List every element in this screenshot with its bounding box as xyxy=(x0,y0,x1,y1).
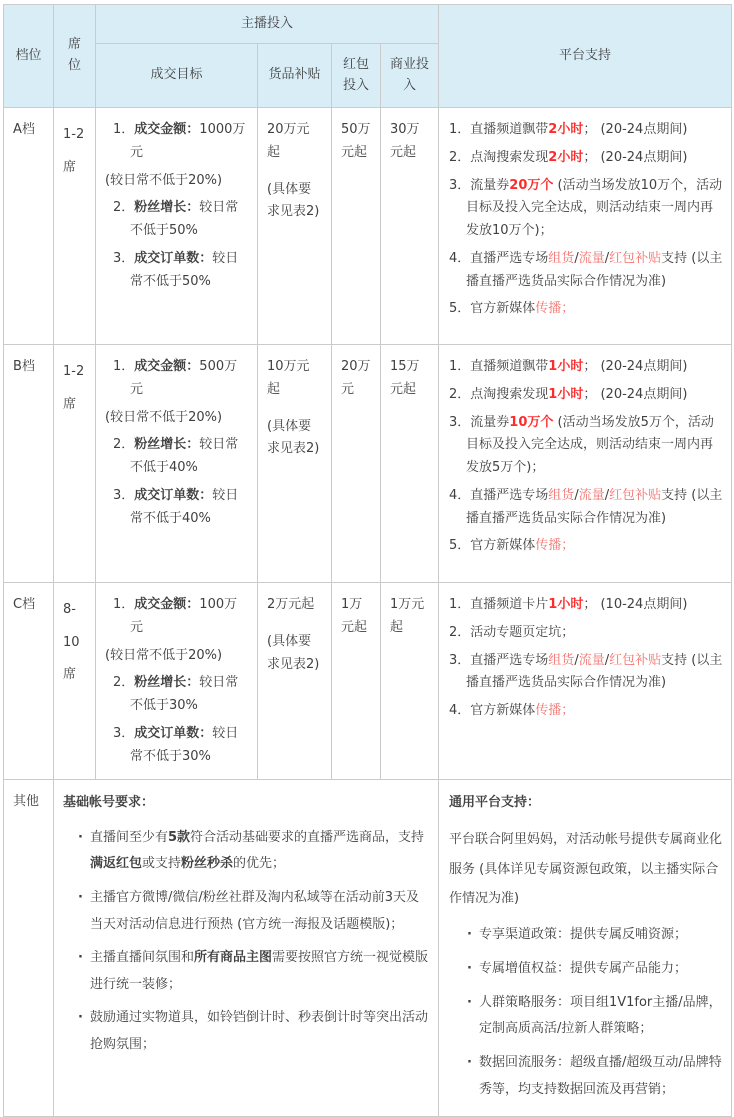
platform-item: 4．直播严选专场组货/流量/红包补贴支持 (以主播直播严选货品实际合作情况为准) xyxy=(449,248,723,294)
other-label: 其他 xyxy=(4,780,54,1117)
account-requirements-heading: 基础帐号要求： xyxy=(63,791,429,814)
platform-item: 1．直播频道飘带1小时； (20-24点期间) xyxy=(449,356,723,379)
tier-policy-table: 档位 席位 主播投入 平台支持 成交目标 货品补贴 红包投入 商业投入 A档 1… xyxy=(3,4,732,1117)
tier-a-label: A档 xyxy=(4,108,54,345)
platform-item: 3．直播严选专场组货/流量/红包补贴支持 (以主播直播严选货品实际合作情况为准) xyxy=(449,650,723,696)
tier-b-platform-support-cell: 1．直播频道飘带1小时； (20-24点期间) 2．点淘搜索发现1小时； (20… xyxy=(439,345,732,583)
platform-item: 2．活动专题页定坑； xyxy=(449,622,723,645)
tier-a-commercial-cell: 30万元起 xyxy=(381,108,439,345)
tier-b-commercial-cell: 15万元起 xyxy=(381,345,439,583)
general-support-heading: 通用平台支持： xyxy=(449,791,723,814)
col-header-platform-support: 平台支持 xyxy=(439,5,732,108)
platform-item: 4．直播严选专场组货/流量/红包补贴支持 (以主播直播严选货品实际合作情况为准) xyxy=(449,485,723,531)
target-item: 2．粉丝增长：较日常不低于30% xyxy=(113,672,248,718)
table-row-tier-a: A档 1-2席 1．成交金额：1000万元 (较日常不低于20%) 2．粉丝增长… xyxy=(4,108,732,345)
account-requirement-item: 主播官方微博/微信/粉丝社群及淘内私域等在活动前3天及当天对活动信息进行预热 (… xyxy=(78,885,429,938)
account-requirement-item: 鼓励通过实物道具，如铃铛倒计时、秒表倒计时等突出活动抢购氛围； xyxy=(78,1005,429,1058)
target-item: 2．粉丝增长：较日常不低于50% xyxy=(113,197,248,243)
goods-subsidy-value: 20万元起 xyxy=(267,119,322,165)
platform-item: 3．流量券20万个 (活动当场发放10万个，活动目标及投入完全达成，则活动结束一… xyxy=(449,175,723,243)
tier-policy-page: 档位 席位 主播投入 平台支持 成交目标 货品补贴 红包投入 商业投入 A档 1… xyxy=(0,0,734,1117)
tier-c-target-cell: 1．成交金额：100万元 (较日常不低于20%) 2．粉丝增长：较日常不低于30… xyxy=(96,583,258,780)
col-header-tier: 档位 xyxy=(4,5,54,108)
account-requirement-item: 主播直播间氛围和所有商品主图需要按照官方统一视觉模版进行统一装修； xyxy=(78,945,429,998)
tier-c-goods-subsidy-cell: 2万元起 (具体要求见表2) xyxy=(258,583,332,780)
tier-c-commercial-cell: 1万元起 xyxy=(381,583,439,780)
table-body: A档 1-2席 1．成交金额：1000万元 (较日常不低于20%) 2．粉丝增长… xyxy=(4,108,732,1117)
goods-subsidy-note: (具体要求见表2) xyxy=(267,631,322,677)
platform-item: 5．官方新媒体传播； xyxy=(449,535,723,558)
goods-subsidy-note: (具体要求见表2) xyxy=(267,179,322,225)
target-note: (较日常不低于20%) xyxy=(105,170,248,193)
tier-b-red-packet-cell: 20万元 xyxy=(332,345,381,583)
platform-item: 3．流量券10万个 (活动当场发放5万个，活动目标及投入完全达成，则活动结束一周… xyxy=(449,412,723,480)
col-header-target: 成交目标 xyxy=(96,44,258,108)
col-header-red-packet: 红包投入 xyxy=(332,44,381,108)
tier-c-red-packet-cell: 1万元起 xyxy=(332,583,381,780)
general-support-item: 专属增值权益：提供专属产品能力； xyxy=(467,956,723,983)
other-account-requirements-cell: 基础帐号要求： 直播间至少有5款符合活动基础要求的直播严选商品，支持满返红包或支… xyxy=(54,780,439,1117)
tier-a-goods-subsidy-cell: 20万元起 (具体要求见表2) xyxy=(258,108,332,345)
target-item: 3．成交订单数：较日常不低于50% xyxy=(113,248,248,294)
target-item: 1．成交金额：500万元 xyxy=(113,356,248,402)
platform-item: 4．官方新媒体传播； xyxy=(449,700,723,723)
table-header: 档位 席位 主播投入 平台支持 成交目标 货品补贴 红包投入 商业投入 xyxy=(4,5,732,108)
general-support-item: 专享渠道政策：提供专属反哺资源； xyxy=(467,922,723,949)
tier-a-red-packet-cell: 50万元起 xyxy=(332,108,381,345)
target-note: (较日常不低于20%) xyxy=(105,407,248,430)
goods-subsidy-note: (具体要求见表2) xyxy=(267,416,322,462)
goods-subsidy-value: 10万元起 xyxy=(267,356,322,402)
tier-c-label: C档 xyxy=(4,583,54,780)
tier-a-target-cell: 1．成交金额：1000万元 (较日常不低于20%) 2．粉丝增长：较日常不低于5… xyxy=(96,108,258,345)
platform-item: 2．点淘搜索发现1小时； (20-24点期间) xyxy=(449,384,723,407)
target-item: 1．成交金额：1000万元 xyxy=(113,119,248,165)
header-row-group: 档位 席位 主播投入 平台支持 xyxy=(4,5,732,44)
target-item: 3．成交订单数：较日常不低于40% xyxy=(113,485,248,531)
tier-b-label: B档 xyxy=(4,345,54,583)
col-group-anchor-investment: 主播投入 xyxy=(96,5,439,44)
col-header-commercial: 商业投入 xyxy=(381,44,439,108)
general-support-item: 数据回流服务：超级直播/超级互动/品牌特秀等，均支持数据回流及再营销； xyxy=(467,1050,723,1103)
target-item: 3．成交订单数：较日常不低于30% xyxy=(113,723,248,769)
general-support-intro: 平台联合阿里妈妈，对活动帐号提供专属商业化服务 (具体详见专属资源包政策，以主播… xyxy=(449,825,723,915)
table-row-tier-c: C档 8-10席 1．成交金额：100万元 (较日常不低于20%) 2．粉丝增长… xyxy=(4,583,732,780)
tier-b-target-cell: 1．成交金额：500万元 (较日常不低于20%) 2．粉丝增长：较日常不低于40… xyxy=(96,345,258,583)
other-general-support-cell: 通用平台支持： 平台联合阿里妈妈，对活动帐号提供专属商业化服务 (具体详见专属资… xyxy=(439,780,732,1117)
tier-c-seat: 8-10席 xyxy=(54,583,96,780)
platform-item: 1．直播频道飘带2小时； (20-24点期间) xyxy=(449,119,723,142)
table-row-other: 其他 基础帐号要求： 直播间至少有5款符合活动基础要求的直播严选商品，支持满返红… xyxy=(4,780,732,1117)
tier-b-goods-subsidy-cell: 10万元起 (具体要求见表2) xyxy=(258,345,332,583)
target-note: (较日常不低于20%) xyxy=(105,645,248,668)
tier-b-seat: 1-2席 xyxy=(54,345,96,583)
goods-subsidy-value: 2万元起 xyxy=(267,594,322,617)
target-item: 1．成交金额：100万元 xyxy=(113,594,248,640)
platform-item: 2．点淘搜索发现2小时； (20-24点期间) xyxy=(449,147,723,170)
account-requirement-item: 直播间至少有5款符合活动基础要求的直播严选商品，支持满返红包或支持粉丝秒杀的优先… xyxy=(78,825,429,878)
platform-item: 1．直播频道卡片1小时； (10-24点期间) xyxy=(449,594,723,617)
table-row-tier-b: B档 1-2席 1．成交金额：500万元 (较日常不低于20%) 2．粉丝增长：… xyxy=(4,345,732,583)
tier-a-platform-support-cell: 1．直播频道飘带2小时； (20-24点期间) 2．点淘搜索发现2小时； (20… xyxy=(439,108,732,345)
col-header-goods-subsidy: 货品补贴 xyxy=(258,44,332,108)
general-support-item: 人群策略服务：项目组1V1for主播/品牌，定制高质高活/拉新人群策略； xyxy=(467,990,723,1043)
target-item: 2．粉丝增长：较日常不低于40% xyxy=(113,434,248,480)
tier-a-seat: 1-2席 xyxy=(54,108,96,345)
platform-item: 5．官方新媒体传播； xyxy=(449,298,723,321)
tier-c-platform-support-cell: 1．直播频道卡片1小时； (10-24点期间) 2．活动专题页定坑； 3．直播严… xyxy=(439,583,732,780)
col-header-seat: 席位 xyxy=(54,5,96,108)
